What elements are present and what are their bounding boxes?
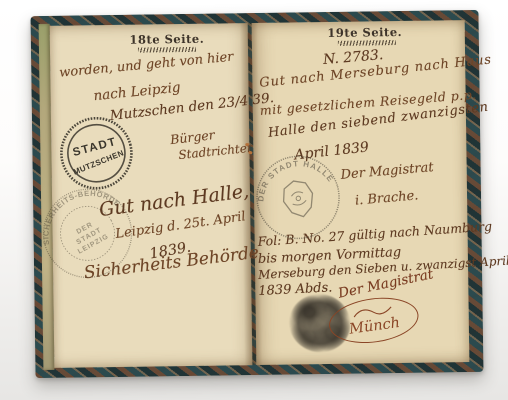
photo-background: 18te Seite. 19te Seite. worden, und geht… [0, 0, 508, 400]
left-page-header: 18te Seite. [128, 32, 206, 47]
halle-coat-of-arms-shield [279, 177, 318, 221]
right-page-header: 19te Seite. [326, 25, 404, 40]
wanderbuch-open-book: 18te Seite. 19te Seite. worden, und geht… [30, 10, 483, 378]
right-header-rule [338, 40, 396, 46]
left-header-rule [138, 47, 196, 53]
